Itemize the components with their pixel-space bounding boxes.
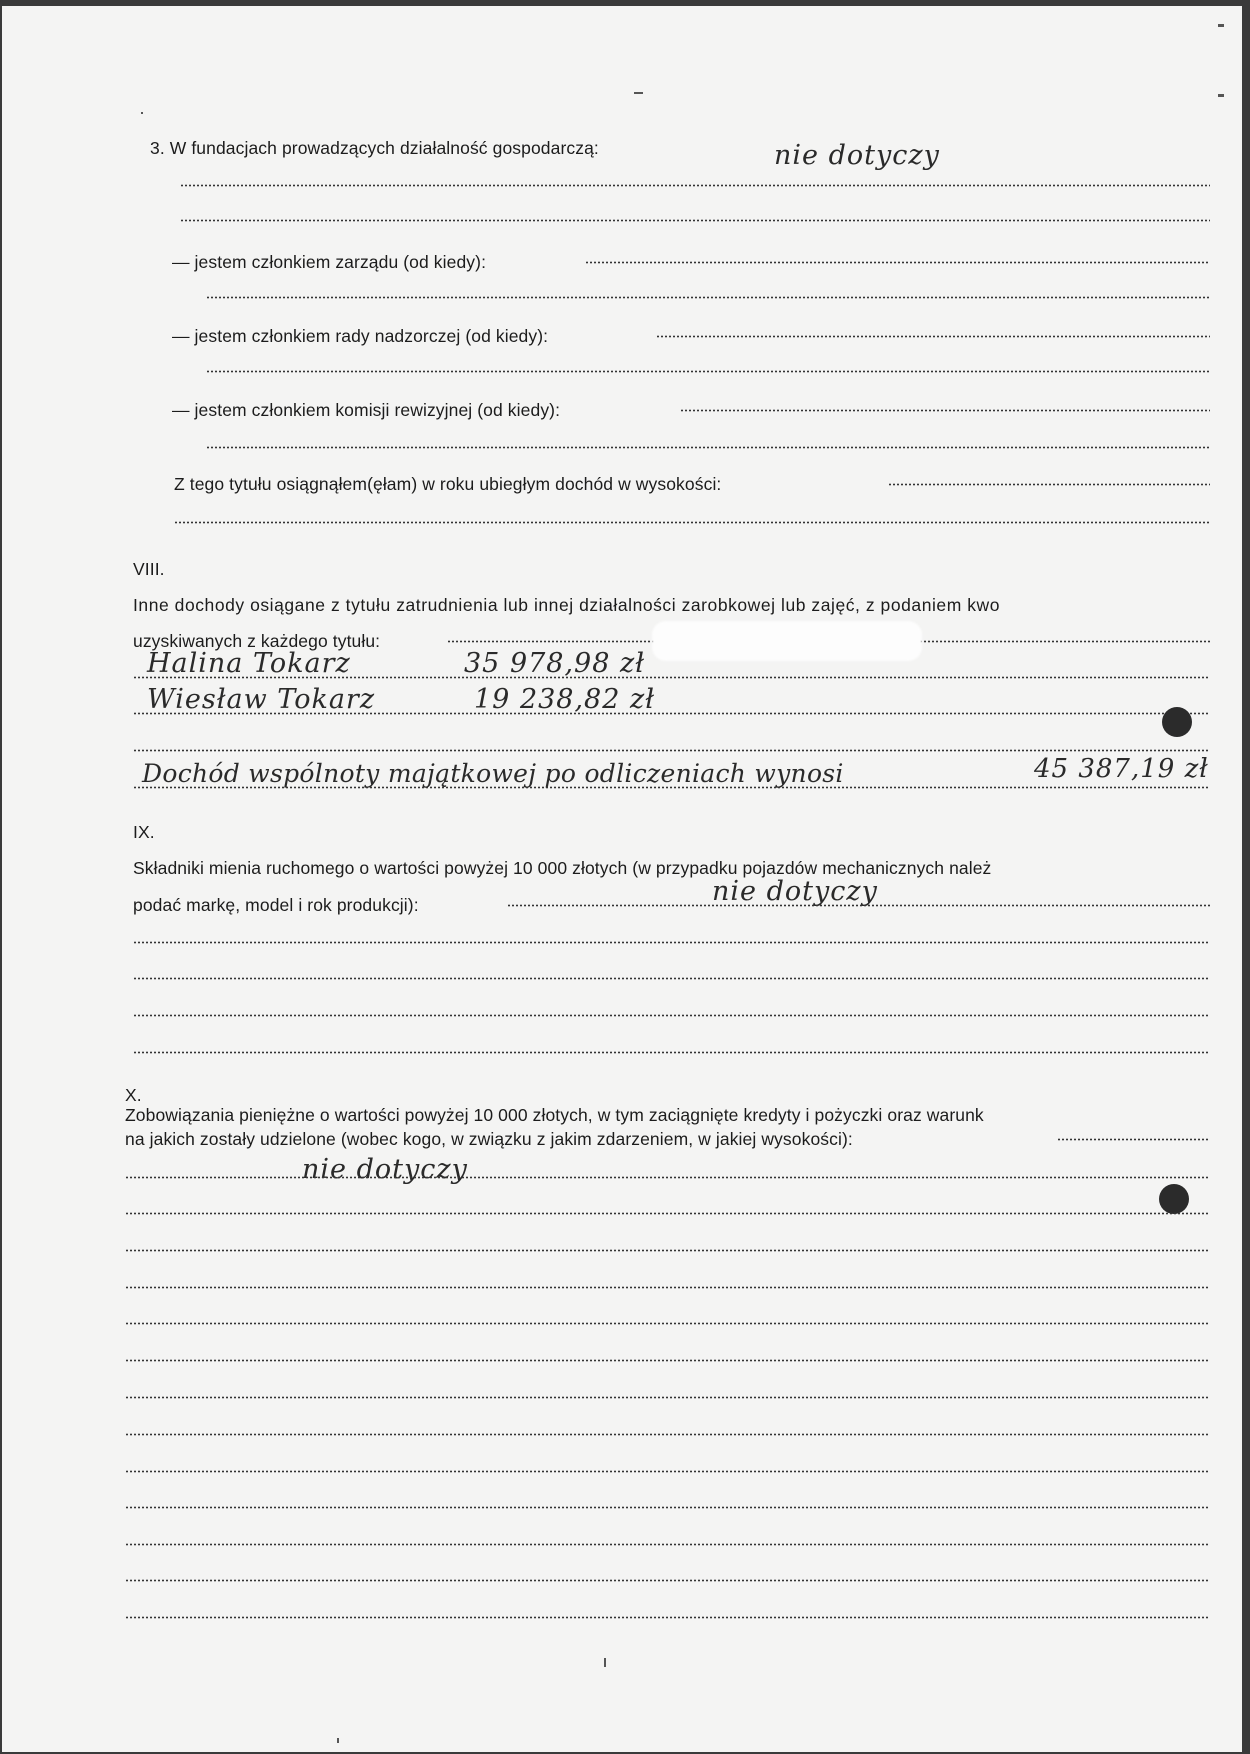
scan-mark	[1218, 94, 1224, 97]
section9-text-line1: Składniki mienia ruchomego o wartości po…	[133, 858, 991, 878]
fill-line	[125, 1506, 1210, 1509]
scan-mark	[634, 92, 643, 94]
document-page: 3. W fundacjach prowadzących działalność…	[2, 6, 1242, 1752]
section8-text-line1: Inne dochody osiągane z tytułu zatrudnie…	[133, 595, 1000, 615]
fill-line	[125, 1212, 1210, 1215]
entry-name: Wiesław Tokarz	[147, 684, 375, 715]
income-field[interactable]	[888, 483, 1210, 486]
board-member-label: — jestem członkiem zarządu (od kiedy):	[172, 252, 486, 272]
income-label: Z tego tytułu osiągnąłem(ęłam) w roku ub…	[174, 474, 721, 494]
section10-text-line1: Zobowiązania pieniężne o wartości powyże…	[125, 1105, 984, 1125]
fill-line	[180, 184, 1210, 187]
fill-line	[133, 1014, 1210, 1017]
section9-handwritten: nie dotyczy	[712, 876, 878, 907]
scan-mark	[604, 1658, 606, 1667]
punch-hole	[1162, 707, 1192, 737]
section10-numeral: X.	[125, 1085, 142, 1105]
fill-line	[125, 1616, 1210, 1619]
entry-name: Halina Tokarz	[147, 648, 351, 679]
fill-line	[133, 1051, 1210, 1054]
fill-line	[125, 1176, 1210, 1179]
scan-mark	[337, 1738, 339, 1743]
fill-line	[206, 296, 1210, 299]
scan-mark	[141, 112, 143, 114]
fill-line	[125, 1470, 1210, 1473]
section8-numeral: VIII.	[133, 559, 165, 579]
fill-line	[125, 1433, 1210, 1436]
fill-line	[133, 712, 1210, 715]
fill-line	[133, 786, 1210, 789]
section10-handwritten: nie dotyczy	[302, 1154, 468, 1185]
fill-line	[125, 1322, 1210, 1325]
fill-line	[125, 1579, 1210, 1582]
fill-line	[125, 1396, 1210, 1399]
fill-line	[1057, 1138, 1210, 1141]
audit-committee-field[interactable]	[680, 409, 1210, 412]
fill-line	[206, 446, 1210, 449]
entry-amount: 19 238,82 zł	[474, 684, 655, 715]
section9-numeral: IX.	[133, 822, 155, 842]
summary-text: Dochód wspólnoty majątkowej po odliczeni…	[142, 759, 844, 788]
fill-line	[180, 219, 1210, 222]
entry-amount: 35 978,98 zł	[464, 648, 645, 679]
supervisory-board-label: — jestem członkiem rady nadzorczej (od k…	[172, 326, 548, 346]
scan-mark	[1218, 24, 1224, 27]
fill-line	[174, 521, 1210, 524]
fill-line	[206, 370, 1210, 373]
fill-line	[125, 1286, 1210, 1289]
section9-text-line2: podać markę, model i rok produkcji):	[133, 895, 419, 915]
section10-text-line2: na jakich zostały udzielone (wobec kogo,…	[125, 1129, 853, 1149]
fill-line	[125, 1249, 1210, 1252]
punch-hole	[1159, 1184, 1189, 1214]
summary-amount: 45 387,19 zł	[1034, 754, 1209, 784]
section3-handwritten: nie dotyczy	[774, 140, 940, 171]
fill-line	[133, 977, 1210, 980]
board-member-field[interactable]	[585, 261, 1210, 264]
fill-line	[133, 941, 1210, 944]
section3-heading: 3. W fundacjach prowadzących działalność…	[150, 138, 599, 158]
fill-line	[507, 904, 1210, 907]
fill-line	[133, 749, 1210, 752]
fill-line	[125, 1359, 1210, 1362]
fill-line	[125, 1543, 1210, 1546]
fill-line	[133, 676, 1210, 679]
supervisory-board-field[interactable]	[656, 335, 1210, 338]
correction-whiteout	[652, 621, 922, 661]
audit-committee-label: — jestem członkiem komisji rewizyjnej (o…	[172, 400, 560, 420]
